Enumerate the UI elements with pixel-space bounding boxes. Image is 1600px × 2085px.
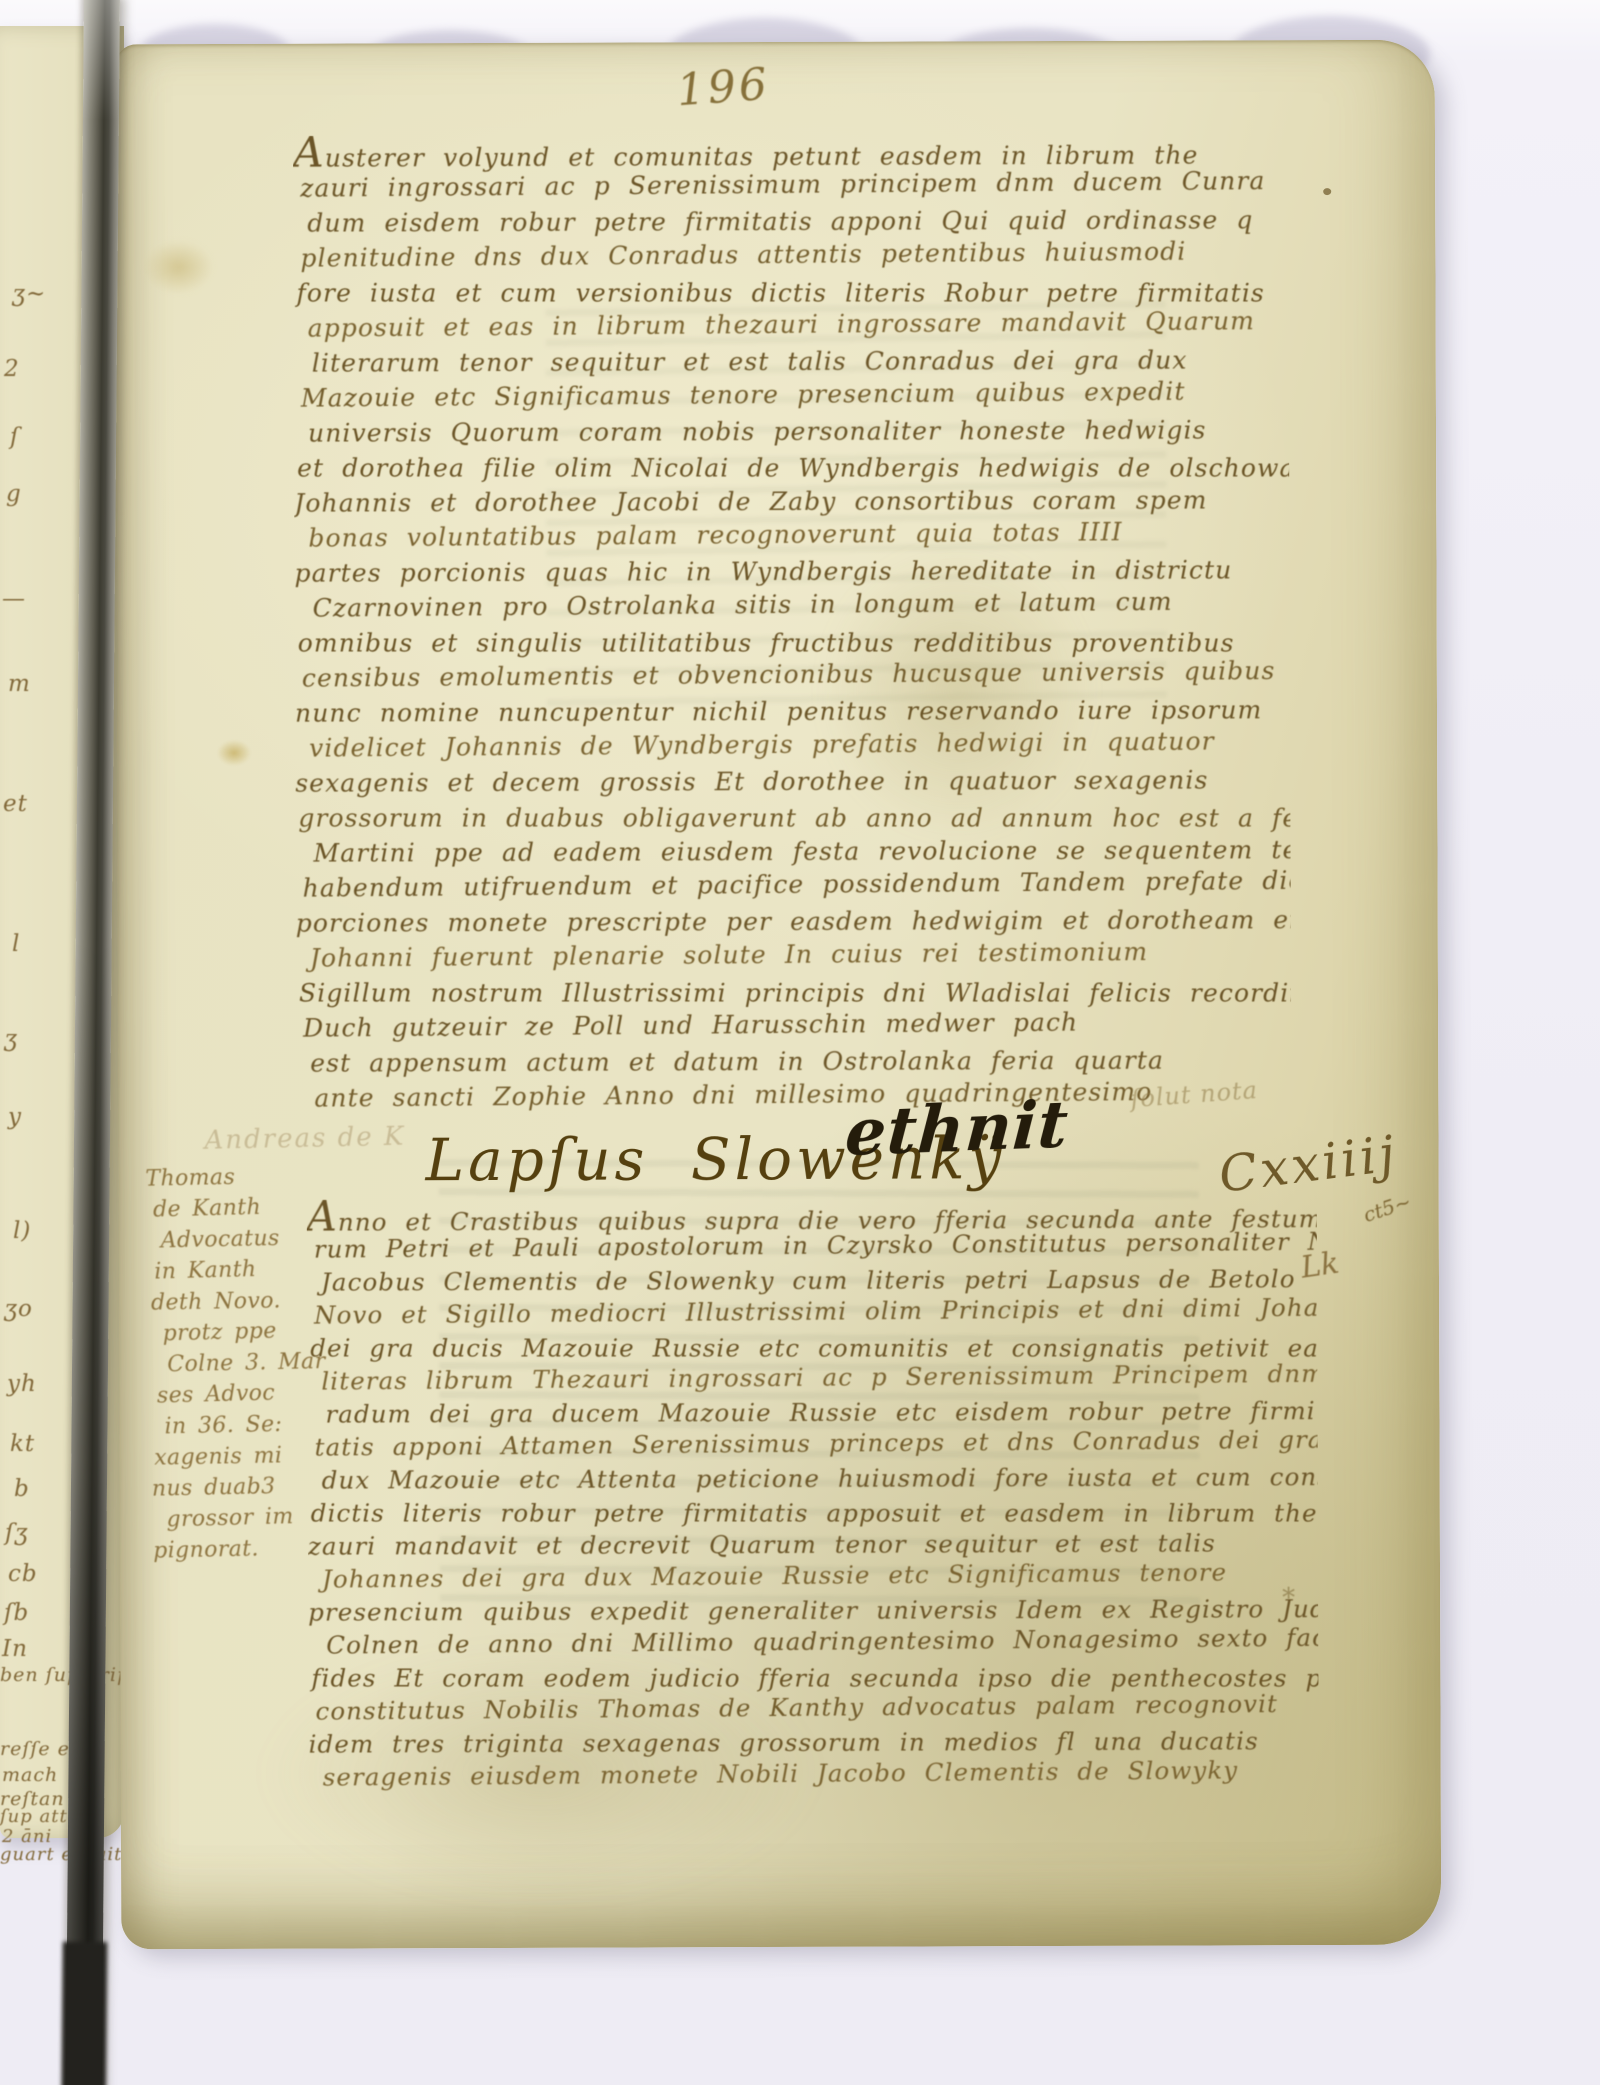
manuscript-line: seragenis eiusdem monete Nobili Jacobo C… — [323, 1753, 1319, 1794]
ink-dot — [1323, 188, 1331, 195]
facing-page-fragment: l — [12, 931, 20, 957]
margin-note-line: Advocatus — [160, 1222, 317, 1256]
faded-name-annotation: Andreas de K — [204, 1122, 405, 1156]
facing-page-fragment: l) — [13, 1218, 31, 1244]
margin-note-line: grossor im — [166, 1500, 323, 1535]
manuscript-line: videlicet Johannis de Wyndbergis prefati… — [309, 723, 1290, 766]
manuscript-line: et dorothea filie olim Nicolai de Wyndbe… — [297, 451, 1289, 486]
manuscript-line: Johannes dei gra dux Mazouie Russie etc … — [322, 1555, 1318, 1596]
facing-page-fragment: yh — [7, 1371, 37, 1397]
manuscript-page: 196 Austerer volyund et comunitas petunt… — [115, 40, 1442, 1950]
entry-text-block-1: Austerer volyund et comunitas petunt eas… — [293, 132, 1291, 1119]
parchment-stain — [143, 240, 213, 294]
margin-note-line: protz ppe — [162, 1314, 319, 1349]
manuscript-line: dux Mazouie etc Attenta peticione huiusm… — [322, 1460, 1318, 1496]
facing-page-fragment: g — [6, 481, 22, 507]
facing-page-fragment: ſʒ — [5, 1520, 29, 1546]
manuscript-line: tatis apponi Attamen Serenissimus prince… — [314, 1423, 1317, 1464]
manuscript-line: Duch gutzeuir ze Poll und Harusschin med… — [303, 1003, 1291, 1046]
margin-note-line: Colne 3. Mar — [167, 1346, 320, 1380]
manuscript-line: rum Petri et Pauli apostolorum in Czyrsk… — [314, 1225, 1317, 1266]
manuscript-line: plenitudine dns dux Conradus attentis pe… — [300, 233, 1288, 276]
facing-page-fragment: ʒo — [4, 1296, 33, 1322]
manuscript-line: Novo et Sigillo mediocri Illustrissimi o… — [314, 1291, 1317, 1332]
manuscript-line: Colnen de anno dni Millimo quadringentes… — [326, 1621, 1318, 1662]
page-number: 196 — [675, 59, 771, 117]
facing-page-fragment: — — [2, 586, 26, 612]
manuscript-line: apposuit et eas in librum thezauri ingro… — [308, 303, 1289, 346]
manuscript-line: literas librum Thezauri ingrossari ac p … — [321, 1357, 1317, 1398]
facing-page-fragment: ſb — [4, 1600, 29, 1626]
manuscript-line: universis Quorum coram nobis personalite… — [308, 412, 1289, 450]
margin-note-thomas-de-kanth: Thomasde KanthAdvocatusin Kanthdeth Novo… — [145, 1160, 323, 1566]
facing-page-fragment: et — [3, 791, 28, 817]
margin-note-line: nus duab3 — [152, 1470, 323, 1505]
facing-page-fragment: In — [2, 1636, 28, 1662]
manuscript-line: sexagenis et decem grossis Et dorothee i… — [295, 762, 1290, 800]
margin-note-line: ses Advoc — [157, 1376, 321, 1411]
facing-page-fragment: ſ — [10, 424, 20, 450]
manuscript-line: bonas voluntatibus palam recognoverunt q… — [308, 513, 1289, 556]
facing-page-fragment: b — [14, 1476, 30, 1502]
book-weight-rod-tip — [62, 1942, 107, 2085]
facing-page-fragment: reſſe et — [0, 1738, 79, 1760]
margin-note-line: deth Novo. — [151, 1285, 319, 1319]
count-mark: ct5~ — [1360, 1189, 1414, 1227]
margin-note-line: xagenis mi — [154, 1440, 322, 1474]
manuscript-line: grossorum in duabus obligaverunt ab anno… — [298, 801, 1290, 836]
facing-page-fragment: ʒ~ — [12, 281, 46, 307]
facing-page-fragment: 2 — [4, 356, 20, 382]
margin-note-line: pignorat. — [153, 1532, 324, 1567]
bold-ink-annotation: ethnit — [843, 1087, 1071, 1171]
folio-number-mark: Cxxiiij — [1216, 1124, 1401, 1204]
facing-page-fragment: kt — [10, 1431, 35, 1457]
manuscript-photo: ʒ~2ſg—metlʒyl)ʒoyhktbſʒcbſbInben ſupſcri… — [0, 0, 1600, 2085]
margin-note-line: de Kanth — [153, 1190, 317, 1225]
manuscript-line: zauri ingrossari ac p Serenissimum princ… — [300, 163, 1288, 206]
margin-note-line: Thomas — [145, 1160, 316, 1195]
facing-page-fragment: y — [8, 1104, 22, 1130]
facing-page-fragment: ʒ — [4, 1026, 18, 1052]
manuscript-line: censibus emolumentis et obvencionibus hu… — [302, 653, 1290, 696]
margin-note-line: in 36. Se: — [164, 1408, 321, 1442]
facing-page-fragment: cb — [8, 1561, 38, 1587]
facing-page-fragment: guart et fait — [0, 1844, 122, 1865]
margin-note-line: in Kanth — [154, 1252, 318, 1287]
manuscript-line: habendum utifruendum et pacifice posside… — [302, 863, 1290, 906]
manuscript-line: dictis literis robur petre firmitatis ap… — [311, 1497, 1318, 1530]
manuscript-line: Czarnovinen pro Ostrolanka sitis in long… — [313, 583, 1290, 626]
facing-page-fragment: mach — [2, 1764, 58, 1786]
entry-text-block-2: Anno et Crastibus quibus supra die vero … — [307, 1196, 1319, 1800]
manuscript-line: constitutus Nobilis Thomas de Kanthy adv… — [315, 1687, 1318, 1728]
facing-page-fragment: m — [8, 671, 31, 697]
parchment-stain — [217, 740, 251, 766]
manuscript-line: Mazouie etc Significamus tenore presenci… — [301, 373, 1289, 416]
manuscript-line: Johanni fuerunt plenarie solute In cuius… — [310, 933, 1291, 976]
